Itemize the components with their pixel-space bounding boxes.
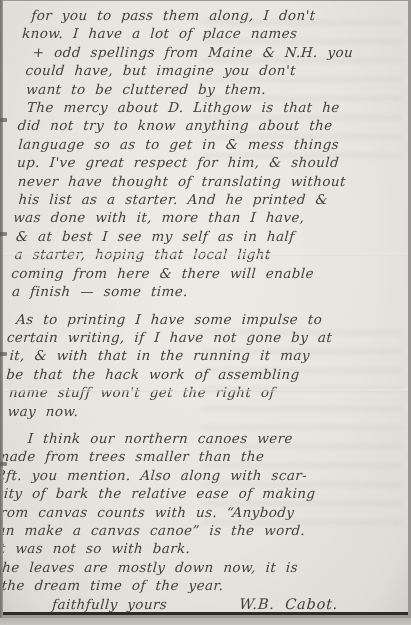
letter-line: never have thought of translating withou… <box>0 173 378 191</box>
closing-row: faithfully yours W.B. Cabot. <box>0 596 349 614</box>
letter-line: a starter, hoping that local light <box>0 246 373 264</box>
scan-edge-artifact <box>0 118 7 122</box>
letter-line: it, & with that in the running it may <box>0 347 366 365</box>
letter-body: for you to pass them along, I don'tknow.… <box>0 7 390 614</box>
letter-line: know. I have a lot of place names <box>0 25 389 43</box>
scan-edge-artifact <box>0 462 7 466</box>
letter-line: The mercy about D. Lithgow is that he <box>0 99 384 117</box>
letter-line: from canvas counts with us. “Anybody <box>0 504 355 522</box>
letter-line: coming from here & there will enable <box>0 265 372 283</box>
letter-line: for you to pass them along, I don't <box>1 7 390 25</box>
letter-line: The leaves are mostly down now, it is <box>0 559 351 577</box>
letter-page: for you to pass them along, I don'tknow.… <box>2 1 408 615</box>
scan-bottom-strip <box>0 618 411 625</box>
letter-line: want to be cluttered by them. <box>0 81 385 99</box>
scan-edge-shadow <box>0 0 3 618</box>
letter-line: language so as to get in & mess things <box>0 136 381 154</box>
letter-line: could have, but imagine you don't <box>0 62 386 80</box>
letter-scan: for you to pass them along, I don'tknow.… <box>0 0 411 625</box>
letter-line: certain writing, if I have not gone by a… <box>0 329 367 347</box>
letter-line: up. I've great respect for him, & should <box>0 154 380 172</box>
letter-line: his list as a starter. And he printed & <box>0 191 377 209</box>
scan-edge-artifact <box>0 352 7 356</box>
letter-line: I think our northern canoes were <box>0 430 360 448</box>
scan-edge-artifact <box>0 232 7 236</box>
letter-line: & at best I see my self as in half <box>0 228 375 246</box>
letter-line: 2ft. you mention. Also along with scar- <box>0 467 358 485</box>
letter-line: It was not so with bark. <box>0 540 353 558</box>
signature: W.B. Cabot. <box>239 596 339 614</box>
letter-line: city of bark the relative ease of making <box>0 485 357 503</box>
letter-line: did not try to know anything about the <box>0 117 382 135</box>
letter-line: made from trees smaller than the <box>0 448 359 466</box>
closing-text: faithfully yours <box>52 596 168 614</box>
letter-line: a finish — some time. <box>0 283 371 301</box>
letter-line: name stuff won't get the right of <box>0 384 364 402</box>
letter-line: way now. <box>0 403 362 421</box>
letter-line: As to printing I have some impulse to <box>0 311 369 329</box>
letter-line: was done with it, more than I have, <box>0 209 376 227</box>
letter-line: be that the hack work of assembling <box>0 366 365 384</box>
letter-line: can make a canvas canoe” is the word. <box>0 522 354 540</box>
letter-line: the dream time of the year. <box>0 577 350 595</box>
letter-line: + odd spellings from Maine & N.H. you <box>0 44 387 62</box>
